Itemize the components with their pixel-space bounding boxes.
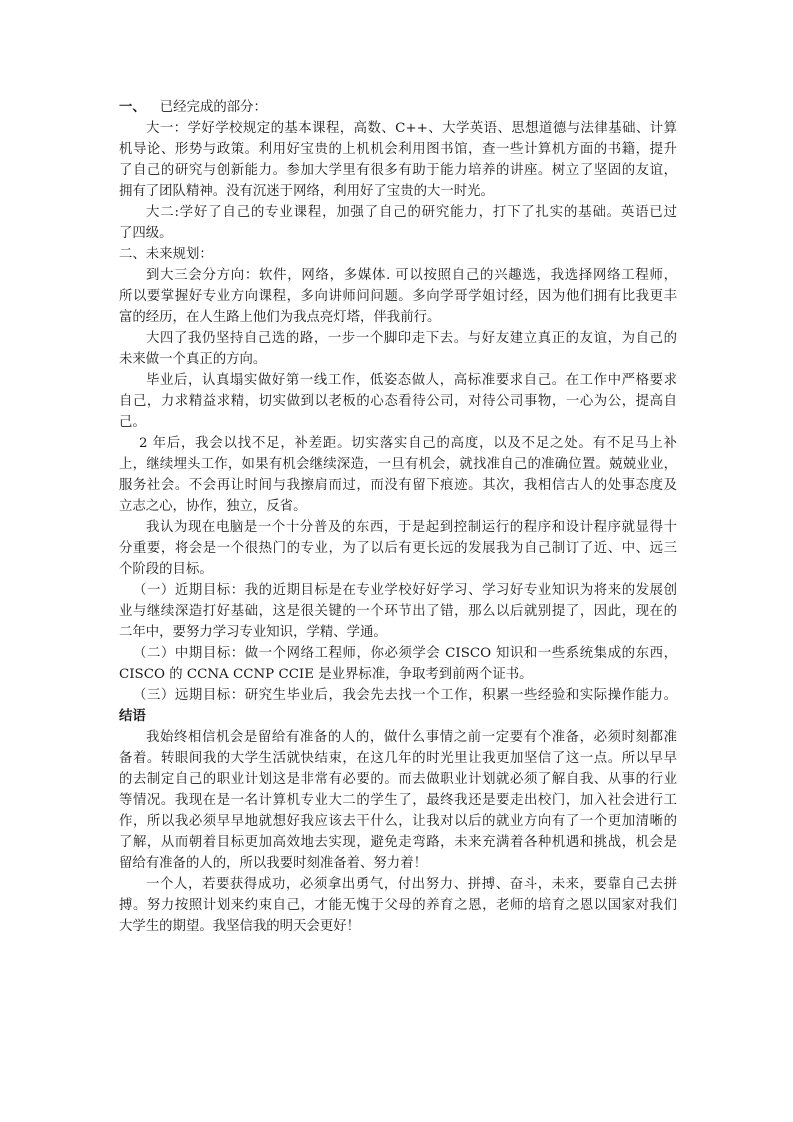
paragraph-senior: 大四了我仍坚持自己选的路，一步一个脚印走下去。与好友建立真正的友谊，为自己的 未… (119, 328, 677, 370)
text-line: 一个人，若要获得成功，必须拿出勇气，付出努力、拼搏、奋斗，未来，要靠自己去拼 (119, 874, 677, 895)
text-line: 大二:学好了自己的专业课程，加强了自己的研究能力，打下了扎实的基础。英语已过 (119, 202, 677, 223)
paragraph-mid-term-goal: （二）中期目标：做一个网络工程师，你必须学会 CISCO 知识和一些系统集成的东… (119, 643, 677, 685)
section-title: 已经完成的部分： (160, 100, 267, 115)
text-line: 分重要，将会是一个很热门的专业，为了以后有更长远的发展我为自己制订了近、中、远三 (119, 538, 677, 559)
text-line: 等情况。我现在是一名计算机专业大二的学生了，最终我还是要走出校门，加入社会进行工 (119, 790, 677, 811)
text-line: 业与继续深造打好基础，这是很关键的一个环节出了错，那么以后就别提了，因此，现在的 (119, 601, 677, 622)
text-line: 了自己的研究与创新能力。参加大学里有很多有助于能力培养的讲座。树立了坚固的友谊， (119, 160, 677, 181)
paragraph-long-term-goal: （三）远期目标：研究生毕业后，我会先去找一个工作，积累一些经验和实际操作能力。 (119, 685, 677, 706)
text-line: CISCO 的 CCNA CCNP CCIE 是业界标准，争取考到前两个证书。 (119, 664, 677, 685)
text-line: （三）远期目标：研究生毕业后，我会先去找一个工作，积累一些经验和实际操作能力。 (119, 685, 677, 706)
text-line: 自己，力求精益求精，切实做到以老板的心态看待公司，对待公司事物，一心为公，提高自 (119, 391, 677, 412)
text-line: 到大三会分方向：软件，网络，多媒体. 可以按照自己的兴趣选，我选择网络工程师， (119, 265, 677, 286)
text-line: 了四级。 (119, 223, 677, 244)
paragraph-sophomore: 大二:学好了自己的专业课程，加强了自己的研究能力，打下了扎实的基础。英语已过 了… (119, 202, 677, 244)
text-line: 搏。努力按照计划来约束自己，才能无愧于父母的养育之恩，老师的培育之恩以国家对我们 (119, 895, 677, 916)
text-line: 我认为现在电脑是一个十分普及的东西，于是起到控制运行的程序和设计程序就显得十 (119, 517, 677, 538)
text-line: （二）中期目标：做一个网络工程师，你必须学会 CISCO 知识和一些系统集成的东… (119, 643, 677, 664)
paragraph-conclusion-2: 一个人，若要获得成功，必须拿出勇气，付出努力、拼搏、奋斗，未来，要靠自己去拼 搏… (119, 874, 677, 937)
text-line: 2 年后，我会以找不足，补差距。切实落实自己的高度，以及不足之处。有不足马上补 (119, 433, 677, 454)
paragraph-short-term-goal: （一）近期目标：我的近期目标是在专业学校好好学习、学习好专业知识为将来的发展创 … (119, 580, 677, 643)
paragraph-freshman: 大一：学好学校规定的基本课程，高数、C++、大学英语、思想道德与法律基础、计算 … (119, 118, 677, 202)
text-line: 大四了我仍坚持自己选的路，一步一个脚印走下去。与好友建立真正的友谊，为自己的 (119, 328, 677, 349)
text-line: 机导论、形势与政策。利用好宝贵的上机机会利用图书馆，查一些计算机方面的书籍，提升 (119, 139, 677, 160)
text-line: 所以要掌握好专业方向课程，多向讲师问问题。多向学哥学姐讨经，因为他们拥有比我更丰 (119, 286, 677, 307)
text-line: 立志之心，协作，独立，反省。 (119, 496, 677, 517)
section-heading-future: 二、未来规划： (119, 244, 677, 265)
paragraph-after-graduation: 毕业后，认真塌实做好第一线工作，低姿态做人，高标准要求自己。在工作中严格要求 自… (119, 370, 677, 433)
conclusion-heading: 结语 (119, 706, 677, 727)
text-line: 大一：学好学校规定的基本课程，高数、C++、大学英语、思想道德与法律基础、计算 (119, 118, 677, 139)
text-line: 服务社会。不会再让时间与我擦肩而过，而没有留下痕迹。其次，我相信古人的处事态度及 (119, 475, 677, 496)
section-heading-completed: 一、已经完成的部分： (119, 97, 677, 118)
paragraph-two-years: 2 年后，我会以找不足，补差距。切实落实自己的高度，以及不足之处。有不足马上补 … (119, 433, 677, 517)
text-line: 我始终相信机会是留给有准备的人的，做什么事情之前一定要有个准备，必须时刻都准 (119, 727, 677, 748)
section-number: 一、 (119, 100, 146, 115)
text-line: 上，继续埋头工作，如果有机会继续深造，一旦有机会，就找准自己的准确位置。兢兢业业… (119, 454, 677, 475)
text-line: 大学生的期望。我坚信我的明天会更好！ (119, 916, 677, 937)
document-page: 一、已经完成的部分： 大一：学好学校规定的基本课程，高数、C++、大学英语、思想… (119, 97, 677, 937)
text-line: 二年中，要努力学习专业知识，学精、学通。 (119, 622, 677, 643)
text-line: 了解，从而朝着目标更加高效地去实现，避免走弯路，未来充满着各种机遇和挑战，机会是 (119, 832, 677, 853)
text-line: 个阶段的目标。 (119, 559, 677, 580)
text-line: 未来做一个真正的方向。 (119, 349, 677, 370)
paragraph-junior: 到大三会分方向：软件，网络，多媒体. 可以按照自己的兴趣选，我选择网络工程师， … (119, 265, 677, 328)
text-line: 己。 (119, 412, 677, 433)
text-line: （一）近期目标：我的近期目标是在专业学校好好学习、学习好专业知识为将来的发展创 (119, 580, 677, 601)
text-line: 拥有了团队精神。没有沉迷于网络，利用好了宝贵的大一时光。 (119, 181, 677, 202)
text-line: 富的经历，在人生路上他们为我点亮灯塔，伴我前行。 (119, 307, 677, 328)
paragraph-conclusion-1: 我始终相信机会是留给有准备的人的，做什么事情之前一定要有个准备，必须时刻都准 备… (119, 727, 677, 874)
text-line: 的去制定自己的职业计划这是非常有必要的。而去做职业计划就必须了解自我、从事的行业 (119, 769, 677, 790)
text-line: 备着。转眼间我的大学生活就快结束，在这几年的时光里让我更加坚信了这一点。所以早早 (119, 748, 677, 769)
text-line: 毕业后，认真塌实做好第一线工作，低姿态做人，高标准要求自己。在工作中严格要求 (119, 370, 677, 391)
text-line: 作，所以我必须早早地就想好我应该去干什么，让我对以后的就业方向有了一个更加清晰的 (119, 811, 677, 832)
text-line: 留给有准备的人的，所以我要时刻准备着、努力着！ (119, 853, 677, 874)
paragraph-computer: 我认为现在电脑是一个十分普及的东西，于是起到控制运行的程序和设计程序就显得十 分… (119, 517, 677, 580)
